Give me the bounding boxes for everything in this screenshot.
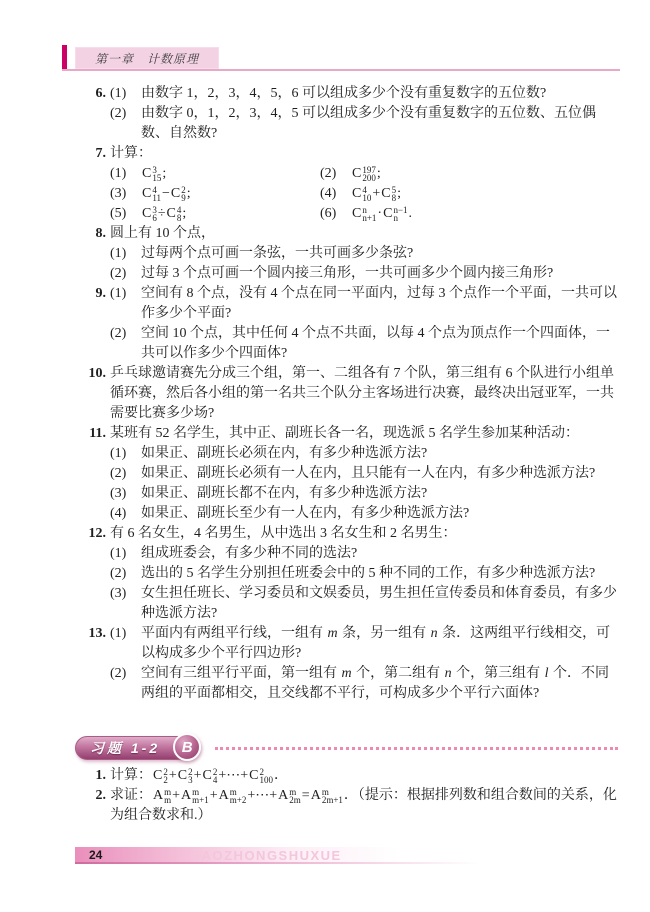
part-tag: (1)	[110, 244, 141, 264]
part-tag: (2)	[110, 564, 141, 584]
math-term: Amm+2	[219, 786, 247, 806]
part-text: 选出的 5 名学生分别担任班委会中的 5 种不同的工作，有多少种选派方法?	[141, 564, 619, 584]
math-variable: m	[341, 666, 353, 681]
formula-cell: (6)Cnn+1·Cn−1n.	[320, 204, 619, 224]
problem-number: 8.	[72, 224, 110, 284]
math-term: Cn−1n	[383, 204, 407, 224]
page-footer: 24 GAOZHONGSHUXUE	[75, 847, 615, 867]
dotted-divider	[215, 747, 618, 750]
exercise-badge-level: B	[173, 733, 201, 761]
math-scripts: 36	[152, 206, 157, 222]
part-text: C410+C58;	[351, 184, 619, 204]
problem-part: (2)由数字 0，1，2，3，4，5 可以组成多少个没有重复数字的五位数、五位偶…	[110, 104, 619, 144]
math-term: Cnn+1	[352, 204, 376, 224]
math-term: Amm+1	[181, 786, 209, 806]
problem-stem: 圆上有 10 个点，	[110, 224, 619, 244]
math-base: C	[153, 768, 162, 783]
problem-part: (1)空间有 8 个点，没有 4 个点在同一平面内，过每 3 个点作一个平面，一…	[110, 284, 619, 324]
math-subscript: m	[164, 796, 171, 804]
math-term: C411	[142, 184, 161, 204]
part-text: C315;	[141, 164, 320, 184]
part-text: 如果正、副班长都不在内，有多少种选派方法?	[141, 484, 619, 504]
part-tag: (2)	[110, 324, 141, 364]
math-scripts: 411	[152, 186, 161, 202]
problem-number: 7.	[72, 144, 110, 224]
problem: 11.某班有 52 名学生，其中正、副班长各一名，现选派 5 名学生参加某种活动…	[0, 424, 650, 524]
math-term: Am2m	[278, 786, 301, 806]
part-text: 如果正、副班长必须有一人在内，且只能有一人在内，有多少种选派方法?	[141, 464, 619, 484]
part-tag: (1)	[110, 164, 141, 184]
formula-cell: (4)C410+C58;	[320, 184, 619, 204]
formula-row: (3)C411−C29;(4)C410+C58;	[110, 184, 619, 204]
formula-row: (5)C36÷C48;(6)Cnn+1·Cn−1n.	[110, 204, 619, 224]
math-base: A	[181, 788, 191, 803]
math-subscript: 11	[152, 194, 161, 202]
math-base: A	[311, 788, 321, 803]
math-subscript: n+1	[362, 214, 376, 222]
math-term: C58	[381, 184, 396, 204]
part-tag: (5)	[110, 204, 141, 224]
part-text: 空间有 8 个点，没有 4 个点在同一平面内，过每 3 个点作一个平面，一共可以…	[141, 284, 619, 324]
problem-body: (1)由数字 1，2，3，4，5，6 可以组成多少个没有重复数字的五位数?(2)…	[110, 84, 619, 144]
problem-part: (3)如果正、副班长都不在内，有多少种选派方法?	[110, 484, 619, 504]
math-base: A	[219, 788, 229, 803]
math-subscript: 3	[188, 776, 193, 784]
part-tag: (3)	[110, 584, 141, 624]
part-tag: (3)	[110, 484, 141, 504]
math-base: C	[203, 768, 212, 783]
math-scripts: 2100	[259, 768, 273, 784]
page-number: 24	[89, 848, 102, 862]
math-base: C	[178, 768, 187, 783]
problem: 2.求证：Amm+Amm+1+Amm+2+⋯+Am2m=Am2m+1．（提示：根…	[0, 786, 650, 826]
problem: 7.计算：(1)C315;(2)C197200;(3)C411−C29;(4)C…	[0, 144, 650, 224]
math-scripts: m2m+1	[322, 788, 343, 804]
math-scripts: 315	[152, 166, 161, 182]
math-term: C197200	[352, 164, 376, 184]
problem: 9.(1)空间有 8 个点，没有 4 个点在同一平面内，过每 3 个点作一个平面…	[0, 284, 650, 364]
part-text: 由数字 0，1，2，3，4，5 可以组成多少个没有重复数字的五位数、五位偶数、自…	[141, 104, 619, 144]
part-tag: (3)	[110, 184, 141, 204]
math-subscript: n	[393, 214, 398, 222]
problem: 12.有 6 名女生，4 名男生，从中选出 3 名女生和 2 名男生：(1)组成…	[0, 524, 650, 624]
part-text: 组成班委会，有多少种不同的选法?	[141, 544, 619, 564]
math-scripts: 197200	[362, 166, 376, 182]
problem-part: (2)选出的 5 名学生分别担任班委会中的 5 种不同的工作，有多少种选派方法?	[110, 564, 619, 584]
problem: 1.计算：C22+C23+C24+⋯+C2100．	[0, 766, 650, 786]
problem-number: 12.	[72, 524, 110, 624]
problem-body: 圆上有 10 个点，(1)过每两个点可画一条弦，一共可画多少条弦?(2)过每 3…	[110, 224, 619, 284]
part-text: C411−C29;	[141, 184, 320, 204]
part-text: 过每两个点可画一条弦，一共可画多少条弦?	[141, 244, 619, 264]
exercise-b-header: 习题 1-2 B	[75, 733, 618, 763]
problem-number: 10.	[72, 364, 110, 424]
math-subscript: 6	[152, 214, 157, 222]
chapter-accent-bar	[62, 45, 67, 69]
problem-part: (1)如果正、副班长必须在内，有多少种选派方法?	[110, 444, 619, 464]
part-tag: (4)	[110, 504, 141, 524]
math-scripts: m2m	[289, 788, 301, 804]
math-scripts: 58	[392, 186, 397, 202]
math-subscript: 2	[163, 776, 168, 784]
problem-body: 计算：C22+C23+C24+⋯+C2100．	[110, 766, 619, 786]
formula-cell: (5)C36÷C48;	[110, 204, 320, 224]
math-base: C	[381, 186, 390, 201]
chapter-title: 第一章 计数原理	[75, 47, 219, 69]
problem: 10.乒乓球邀请赛先分成三个组，第一、二组各有 7 个队，第三组有 6 个队进行…	[0, 364, 650, 424]
chapter-rule	[62, 69, 620, 71]
problem-body: 有 6 名女生，4 名男生，从中选出 3 名女生和 2 名男生：(1)组成班委会…	[110, 524, 619, 624]
problem-stem: 求证：Amm+Amm+1+Amm+2+⋯+Am2m=Am2m+1．（提示：根据排…	[110, 786, 619, 826]
math-scripts: 410	[362, 186, 371, 202]
math-term: C410	[352, 184, 371, 204]
problem-stem: 计算：	[110, 144, 619, 164]
problem-number: 1.	[72, 766, 110, 786]
math-scripts: mm+2	[230, 788, 247, 804]
part-tag: (1)	[110, 544, 141, 564]
problem-number: 2.	[72, 786, 110, 826]
formula-cell: (3)C411−C29;	[110, 184, 320, 204]
math-base: C	[352, 166, 361, 181]
math-term: Amm	[153, 786, 171, 806]
problem-stem: 乒乓球邀请赛先分成三个组，第一、二组各有 7 个队，第三组有 6 个队进行小组单…	[110, 364, 619, 424]
math-term: C315	[142, 164, 161, 184]
problem-part: (4)如果正、副班长至少有一人在内，有多少种选派方法?	[110, 504, 619, 524]
problem-part: (3)C411−C29;	[110, 184, 320, 204]
math-subscript: 9	[181, 194, 186, 202]
problem-body: 计算：(1)C315;(2)C197200;(3)C411−C29;(4)C41…	[110, 144, 619, 224]
part-tag: (2)	[110, 104, 141, 144]
math-variable: m	[327, 626, 339, 641]
math-subscript: m+1	[192, 796, 209, 804]
math-variable: n	[444, 666, 453, 681]
math-scripts: 22	[163, 768, 168, 784]
math-term: C23	[178, 766, 193, 786]
part-tag: (2)	[110, 264, 141, 284]
part-text: 空间 10 个点，其中任何 4 个点不共面，以每 4 个点为顶点作一个四面体，一…	[141, 324, 619, 364]
math-subscript: 8	[392, 194, 397, 202]
problem-body: (1)空间有 8 个点，没有 4 个点在同一平面内，过每 3 个点作一个平面，一…	[110, 284, 619, 364]
part-tag: (2)	[110, 464, 141, 484]
math-base: C	[142, 186, 151, 201]
math-term: C36	[142, 204, 157, 224]
math-scripts: 24	[213, 768, 218, 784]
math-scripts: 29	[181, 186, 186, 202]
problem-part: (1)平面内有两组平行线，一组有 m 条，另一组有 n 条．这两组平行线相交，可…	[110, 624, 619, 664]
math-base: C	[171, 186, 180, 201]
problem-list-b: 1.计算：C22+C23+C24+⋯+C2100．2.求证：Amm+Amm+1+…	[0, 766, 650, 826]
math-scripts: n−1n	[393, 206, 407, 222]
math-base: C	[352, 206, 361, 221]
formula-row: (1)C315;(2)C197200;	[110, 164, 619, 184]
problem-number: 9.	[72, 284, 110, 364]
math-subscript: 4	[213, 776, 218, 784]
part-text: C197200;	[351, 164, 619, 184]
math-term: C29	[171, 184, 186, 204]
math-base: C	[383, 206, 392, 221]
footer-watermark: GAOZHONGSHUXUE	[190, 848, 342, 863]
part-text: 由数字 1，2，3，4，5，6 可以组成多少个没有重复数字的五位数?	[141, 84, 619, 104]
problem-part: (4)C410+C58;	[320, 184, 619, 204]
part-tag: (4)	[320, 184, 351, 204]
problem-part: (2)空间 10 个点，其中任何 4 个点不共面，以每 4 个点为顶点作一个四面…	[110, 324, 619, 364]
part-text: 如果正、副班长必须在内，有多少种选派方法?	[141, 444, 619, 464]
problem-part: (2)C197200;	[320, 164, 619, 184]
part-text: C36÷C48;	[141, 204, 320, 224]
problem-number: 6.	[72, 84, 110, 144]
problem-part: (3)女生担任班长、学习委员和文娱委员，男生担任宣传委员和体育委员，有多少种选派…	[110, 584, 619, 624]
math-subscript: 100	[259, 776, 273, 784]
problem-body: 乒乓球邀请赛先分成三个组，第一、二组各有 7 个队，第三组有 6 个队进行小组单…	[110, 364, 619, 424]
part-tag: (1)	[110, 624, 141, 664]
math-subscript: 15	[152, 174, 161, 182]
formula-cell: (1)C315;	[110, 164, 320, 184]
footer-rule	[75, 862, 615, 864]
math-term: C48	[167, 204, 182, 224]
formula-cell: (2)C197200;	[320, 164, 619, 184]
textbook-page: 第一章 计数原理 6.(1)由数字 1，2，3，4，5，6 可以组成多少个没有重…	[0, 0, 650, 912]
problem-body: 某班有 52 名学生，其中正、副班长各一名，现选派 5 名学生参加某种活动：(1…	[110, 424, 619, 524]
exercise-badge: 习题 1-2 B	[75, 736, 191, 760]
footer-bar	[75, 847, 615, 862]
problem: 13.(1)平面内有两组平行线，一组有 m 条，另一组有 n 条．这两组平行线相…	[0, 624, 650, 704]
problem-number: 11.	[72, 424, 110, 524]
part-tag: (1)	[110, 284, 141, 324]
math-subscript: 2m+1	[322, 796, 343, 804]
problem-body: 求证：Amm+Amm+1+Amm+2+⋯+Am2m=Am2m+1．（提示：根据排…	[110, 786, 619, 826]
problem-list-a: 6.(1)由数字 1，2，3，4，5，6 可以组成多少个没有重复数字的五位数?(…	[0, 84, 650, 704]
part-text: Cnn+1·Cn−1n.	[351, 204, 619, 224]
part-text: 平面内有两组平行线，一组有 m 条，另一组有 n 条．这两组平行线相交，可以构成…	[141, 624, 619, 664]
math-subscript: m+2	[230, 796, 247, 804]
math-scripts: mm	[164, 788, 171, 804]
math-subscript: 10	[362, 194, 371, 202]
math-base: C	[249, 768, 258, 783]
problem-part: (1)C315;	[110, 164, 320, 184]
part-text: 过每 3 个点可画一个圆内接三角形，一共可画多少个圆内接三角形?	[141, 264, 619, 284]
math-term: C24	[203, 766, 218, 786]
math-scripts: nn+1	[362, 206, 376, 222]
math-subscript: 200	[362, 174, 376, 182]
math-base: C	[142, 166, 151, 181]
math-variable: n	[430, 626, 439, 641]
problem-part: (5)C36÷C48;	[110, 204, 320, 224]
math-base: C	[167, 206, 176, 221]
part-tag: (1)	[110, 444, 141, 464]
problem-body: (1)平面内有两组平行线，一组有 m 条，另一组有 n 条．这两组平行线相交，可…	[110, 624, 619, 704]
problem-part: (6)Cnn+1·Cn−1n.	[320, 204, 619, 224]
problem-part: (2)如果正、副班长必须有一人在内，且只能有一人在内，有多少种选派方法?	[110, 464, 619, 484]
problem-stem: 某班有 52 名学生，其中正、副班长各一名，现选派 5 名学生参加某种活动：	[110, 424, 619, 444]
part-tag: (1)	[110, 84, 141, 104]
math-base: A	[153, 788, 163, 803]
problem-number: 13.	[72, 624, 110, 704]
math-scripts: 23	[188, 768, 193, 784]
problem: 6.(1)由数字 1，2，3，4，5，6 可以组成多少个没有重复数字的五位数?(…	[0, 84, 650, 144]
math-scripts: mm+1	[192, 788, 209, 804]
math-term: C2100	[249, 766, 273, 786]
problem: 8.圆上有 10 个点，(1)过每两个点可画一条弦，一共可画多少条弦?(2)过每…	[0, 224, 650, 284]
problem-part: (1)由数字 1，2，3，4，5，6 可以组成多少个没有重复数字的五位数?	[110, 84, 619, 104]
math-subscript: 8	[177, 214, 182, 222]
problem-part: (1)过每两个点可画一条弦，一共可画多少条弦?	[110, 244, 619, 264]
math-base: C	[142, 206, 151, 221]
math-term: Am2m+1	[311, 786, 343, 806]
problem-stem: 计算：C22+C23+C24+⋯+C2100．	[110, 766, 619, 786]
part-tag: (6)	[320, 204, 351, 224]
math-subscript: 2m	[289, 796, 301, 804]
math-scripts: 48	[177, 206, 182, 222]
math-term: C22	[153, 766, 168, 786]
chapter-header: 第一章 计数原理	[62, 45, 620, 73]
math-base: A	[278, 788, 288, 803]
part-text: 女生担任班长、学习委员和文娱委员，男生担任宣传委员和体育委员，有多少种选派方法?	[141, 584, 619, 624]
part-text: 如果正、副班长至少有一人在内，有多少种选派方法?	[141, 504, 619, 524]
problem-part: (2)空间有三组平行平面，第一组有 m 个，第二组有 n 个，第三组有 l 个．…	[110, 664, 619, 704]
problem-part: (1)组成班委会，有多少种不同的选法?	[110, 544, 619, 564]
problem-part: (2)过每 3 个点可画一个圆内接三角形，一共可画多少个圆内接三角形?	[110, 264, 619, 284]
math-variable: l	[544, 666, 550, 681]
part-tag: (2)	[320, 164, 351, 184]
problem-stem: 有 6 名女生，4 名男生，从中选出 3 名女生和 2 名男生：	[110, 524, 619, 544]
part-tag: (2)	[110, 664, 141, 704]
math-base: C	[352, 186, 361, 201]
part-text: 空间有三组平行平面，第一组有 m 个，第二组有 n 个，第三组有 l 个．不同两…	[141, 664, 619, 704]
